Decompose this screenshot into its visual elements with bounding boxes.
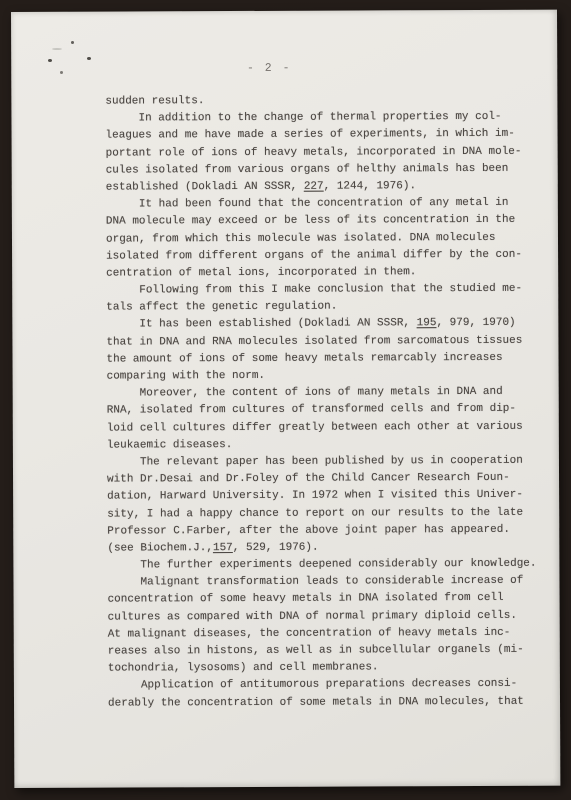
text-line: portant role of ions of heavy metals, in… <box>106 143 550 162</box>
text-line: It has been established (Dokladi AN SSSR… <box>106 315 550 334</box>
text-line: comparing with the norm. <box>107 367 551 386</box>
text-line: reases also in histons, as well as in su… <box>108 642 552 661</box>
text-segment: dation, Harward University. In 1972 when… <box>107 489 523 503</box>
text-segment: concentration of some heavy metals in DN… <box>108 592 504 606</box>
text-segment: that in DNA and RNA molecules isolated f… <box>106 334 522 348</box>
text-segment: leagues and me have made a series of exp… <box>106 128 515 142</box>
text-line: sudden results. <box>105 92 549 111</box>
text-segment: The further experiments deepened conside… <box>107 558 536 572</box>
text-segment: derably the concentration of some metals… <box>108 695 524 709</box>
text-segment: tals affect the genetic regulation. <box>106 301 337 314</box>
document-page: - 2 - sudden results. In addition to the… <box>11 10 560 788</box>
text-segment: the amount of ions of some heavy metals … <box>106 352 502 366</box>
text-line: Application of antitumorous preparations… <box>108 676 552 695</box>
text-line: derably the concentration of some metals… <box>108 693 552 712</box>
underlined-reference: 157 <box>213 542 233 554</box>
text-segment: organ, from which this molecule was isol… <box>106 231 496 245</box>
text-line: the amount of ions of some heavy metals … <box>106 349 550 368</box>
ink-speck <box>87 57 91 60</box>
text-line: The relevant paper has been published by… <box>107 453 551 472</box>
underlined-reference: 227 <box>304 181 324 193</box>
underlined-reference: 195 <box>417 318 437 330</box>
text-line: established (Dokladi AN SSSR, 227, 1244,… <box>106 178 550 197</box>
text-segment: reases also in histons, as well as in su… <box>108 644 524 658</box>
text-segment: cultures as compared with DNA of normal … <box>108 609 517 623</box>
text-segment: with Dr.Desai and Dr.Foley of the Child … <box>107 472 510 486</box>
text-segment: , 529, 1976). <box>233 542 319 554</box>
text-line: concentration of some heavy metals in DN… <box>108 590 552 609</box>
text-segment: centration of metal ions, incorporated i… <box>106 266 416 279</box>
text-segment: It had been found that the concentration… <box>106 197 509 211</box>
text-line: cules isolated from various organs of he… <box>106 160 550 179</box>
text-line: Malignant transformation leads to consid… <box>107 573 551 592</box>
text-line: tals affect the genetic regulation. <box>106 298 550 317</box>
text-segment: The relevant paper has been published by… <box>107 455 523 469</box>
text-segment: portant role of ions of heavy metals, in… <box>106 145 522 159</box>
text-line: centration of metal ions, incorporated i… <box>106 264 550 283</box>
text-segment: sudden results. <box>105 95 204 107</box>
text-line: RNA, isolated from cultures of transform… <box>107 401 551 420</box>
text-line: Following from this I make conclusion th… <box>106 281 550 300</box>
text-line: leagues and me have made a series of exp… <box>106 126 550 145</box>
text-segment: At malignant diseases, the concentration… <box>108 627 511 641</box>
text-line: tochondria, lysosoms) and cell membranes… <box>108 659 552 678</box>
text-line: loid cell cultures differ greatly betwee… <box>107 418 551 437</box>
text-segment: loid cell cultures differ greatly betwee… <box>107 420 523 434</box>
text-segment: leukaemic diseases. <box>107 439 232 452</box>
text-line: Moreover, the content of ions of many me… <box>107 384 551 403</box>
text-segment: , 979, 1970) <box>436 317 515 329</box>
text-line: cultures as compared with DNA of normal … <box>108 607 552 626</box>
text-segment: RNA, isolated from cultures of transform… <box>107 403 516 417</box>
document-body: sudden results. In addition to the chang… <box>105 92 552 713</box>
text-line: DNA molecule may exceed or be less of it… <box>106 212 550 231</box>
ink-speck <box>52 48 62 50</box>
text-line: (see Biochem.J.,157, 529, 1976). <box>107 539 551 558</box>
page-number: - 2 - <box>11 61 527 76</box>
text-segment: isolated from different organs of the an… <box>106 248 522 262</box>
text-line: leukaemic diseases. <box>107 435 551 454</box>
text-segment: established (Dokladi AN SSSR, <box>106 181 304 194</box>
text-line: It had been found that the concentration… <box>106 195 550 214</box>
text-segment: cules isolated from various organs of he… <box>106 163 509 177</box>
text-segment: tochondria, lysosoms) and cell membranes… <box>108 662 379 675</box>
text-segment: sity, I had a happy chance to report on … <box>107 506 523 520</box>
text-line: In addition to the change of thermal pro… <box>105 109 549 128</box>
text-segment: Application of antitumorous preparations… <box>108 678 517 692</box>
text-line: sity, I had a happy chance to report on … <box>107 504 551 523</box>
text-line: organ, from which this molecule was isol… <box>106 229 550 248</box>
text-line: At malignant diseases, the concentration… <box>108 624 552 643</box>
text-segment: comparing with the norm. <box>107 370 265 383</box>
text-line: isolated from different organs of the an… <box>106 246 550 265</box>
text-line: dation, Harward University. In 1972 when… <box>107 487 551 506</box>
ink-speck <box>60 71 63 74</box>
text-segment: Malignant transformation leads to consid… <box>107 575 523 589</box>
text-segment: Moreover, the content of ions of many me… <box>107 386 503 400</box>
text-segment: Following from this I make conclusion th… <box>106 283 522 297</box>
text-segment: In addition to the change of thermal pro… <box>105 111 501 125</box>
ink-speck <box>71 41 74 44</box>
text-line: The further experiments deepened conside… <box>107 556 551 575</box>
text-segment: Professor C.Farber, after the above join… <box>107 524 510 538</box>
text-line: Professor C.Farber, after the above join… <box>107 521 551 540</box>
scanned-photo-background: - 2 - sudden results. In addition to the… <box>0 0 571 800</box>
text-segment: (see Biochem.J., <box>107 542 213 554</box>
text-segment: , 1244, 1976). <box>324 180 416 192</box>
ink-speck <box>48 59 52 62</box>
text-segment: DNA molecule may exceed or be less of it… <box>106 214 515 228</box>
text-line: with Dr.Desai and Dr.Foley of the Child … <box>107 470 551 489</box>
text-segment: It has been established (Dokladi AN SSSR… <box>106 318 416 331</box>
text-line: that in DNA and RNA molecules isolated f… <box>106 332 550 351</box>
